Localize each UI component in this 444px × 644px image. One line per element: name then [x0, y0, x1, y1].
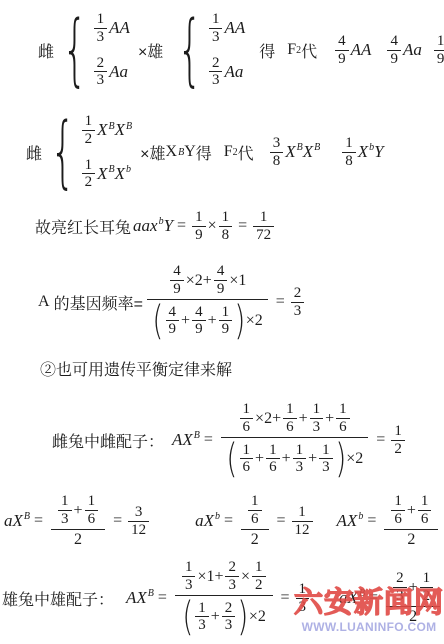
- female-label: 雌: [38, 39, 54, 62]
- cross-male-label: ×雄: [138, 39, 163, 62]
- operator: +: [181, 312, 190, 330]
- numerator: 16 + 16: [384, 492, 438, 529]
- formula-female-gametes: 雌兔中雌配子： AXB = 16 ×2+ 16 + 13 + 16 ( 16 +…: [52, 394, 407, 486]
- fraction: 23: [225, 559, 239, 594]
- fraction: 16: [248, 493, 262, 528]
- fraction: 16: [283, 401, 297, 436]
- fraction: 18: [219, 209, 233, 244]
- fraction: 49: [387, 33, 401, 68]
- watermark-url: WWW.LUANINFO.COM: [294, 620, 444, 634]
- genotype-line: 13 AA: [207, 11, 245, 46]
- fraction: 23: [222, 600, 236, 635]
- fraction: 12: [82, 157, 96, 192]
- fraction: 23: [291, 285, 305, 320]
- operator: +: [407, 502, 416, 520]
- equals-sign: =: [34, 512, 43, 530]
- formula-cross-xlinked: 雌 { 12 XBXB 12 XBXb ×雄XBY得 F2代 38 XBXB 1…: [26, 107, 385, 197]
- genotype: AA: [351, 40, 372, 60]
- big-fraction: 16 ×2+ 16 + 13 + 16 ( 16 + 16 + 13 + 13 …: [221, 400, 368, 480]
- left-paren-icon: (: [226, 439, 237, 479]
- genotype-line: 23 Aa: [92, 55, 130, 90]
- fraction: 16: [266, 442, 280, 477]
- genotype-line: 12 XBXb: [80, 157, 133, 192]
- equals-sign: =: [367, 512, 376, 530]
- fraction: 23: [94, 55, 108, 90]
- stacked-fraction: 13 + 16 2: [51, 492, 105, 550]
- frequency-label: 的基因频率=: [54, 291, 143, 314]
- result-term: 18 XbY: [340, 135, 384, 170]
- fraction: 38: [270, 135, 284, 170]
- female-gametes-label: 雌兔中雌配子：: [52, 429, 164, 452]
- denominator: 2: [246, 530, 264, 550]
- genotype: XBXB: [285, 142, 320, 162]
- denominator: ( 13 + 23 ) ×2: [177, 596, 271, 638]
- result-term: 19 aa: [432, 33, 444, 68]
- genotype-line: 13 AA: [92, 11, 130, 46]
- fraction: 12: [391, 423, 405, 458]
- big-fraction: 13 ×1+ 23 × 12 ( 13 + 23 ) ×2: [175, 558, 273, 638]
- left-brace-icon: {: [50, 113, 75, 191]
- gamete-symbol: aXB: [4, 511, 30, 531]
- gamete-formula: aXb = 16 2 = 112: [195, 492, 314, 550]
- fraction: 12: [82, 113, 96, 148]
- operator: +: [308, 450, 317, 468]
- numerator: 49 ×2+ 49 ×1: [163, 262, 251, 299]
- operator: +: [282, 450, 291, 468]
- left-paren-icon: (: [152, 301, 163, 341]
- operator: ×2+: [255, 410, 281, 428]
- gamete-symbol: AXB: [172, 430, 200, 450]
- fraction: 49: [166, 304, 180, 339]
- genotype: XBXB: [97, 120, 132, 140]
- right-paren-icon: ): [335, 439, 346, 479]
- fraction: 13: [209, 11, 223, 46]
- gamete-symbol: AXb: [337, 511, 364, 531]
- female-genotype-stack: 12 XBXB 12 XBXb: [80, 113, 133, 191]
- obtain-label: 得: [259, 39, 275, 62]
- watermark: 六安新闻网 WWW.LUANINFO.COM: [294, 588, 444, 634]
- result-term: 49 Aa: [385, 33, 421, 68]
- fraction: 13: [94, 11, 108, 46]
- result-term: 49 AA: [333, 33, 371, 68]
- genotype: XbY: [358, 142, 385, 162]
- fraction: 13: [195, 600, 209, 635]
- female-label: 雌: [26, 141, 42, 164]
- formula-gamete-row: aXB = 13 + 16 2 = 312 aXb = 16: [4, 484, 444, 558]
- operator: ×2: [249, 608, 266, 626]
- fraction: 172: [253, 209, 274, 244]
- allele-label: A: [38, 293, 50, 311]
- male-gametes-label: 雄兔中雄配子：: [2, 587, 114, 610]
- fraction: 19: [219, 304, 233, 339]
- left-paren-icon: (: [182, 597, 193, 637]
- left-brace-icon: {: [178, 11, 203, 89]
- operator: +: [208, 312, 217, 330]
- operator: +: [211, 608, 220, 626]
- fraction: 16: [240, 442, 254, 477]
- fraction: 16: [336, 401, 350, 436]
- equals-sign: =: [376, 431, 385, 449]
- result-term: 38 XBXB: [268, 135, 321, 170]
- denominator: 2: [69, 530, 87, 550]
- equals-sign: =: [158, 589, 167, 607]
- denominator: ( 49 + 49 + 19 ) ×2: [147, 300, 268, 342]
- equals-sign: =: [276, 293, 285, 311]
- operator: ×1+: [197, 568, 223, 586]
- operator: ×2+: [186, 272, 212, 290]
- fraction: 13: [310, 401, 324, 436]
- conclusion-label: 故亮红长耳兔: [35, 215, 131, 238]
- note-text: ②也可用遗传平衡定律来解: [40, 357, 232, 380]
- operator: +: [255, 450, 264, 468]
- equals-sign: =: [204, 431, 213, 449]
- numerator: 13 + 16: [51, 492, 105, 529]
- genotype: AA: [224, 18, 245, 38]
- cross-male-label: ×雄: [140, 141, 165, 164]
- fraction: 13: [293, 442, 307, 477]
- fraction: 19: [434, 33, 444, 68]
- gamete-symbol: aXb: [195, 511, 220, 531]
- genotype-line: 12 XBXB: [80, 113, 133, 148]
- fraction: 16: [85, 493, 99, 528]
- fraction: 49: [192, 304, 206, 339]
- fraction: 16: [391, 493, 405, 528]
- right-paren-icon: ): [238, 597, 249, 637]
- formula-cross-autosomal: 雌 { 13 AA 23 Aa ×雄 { 13 AA 23 Aa 得: [38, 6, 444, 94]
- fraction: 112: [292, 504, 313, 539]
- fraction: 12: [252, 559, 266, 594]
- right-paren-icon: ): [234, 301, 245, 341]
- equals-sign: =: [281, 589, 290, 607]
- fraction: 13: [319, 442, 333, 477]
- operator: ×: [241, 568, 250, 586]
- male-genotype-stack: 13 AA 23 Aa: [207, 11, 245, 89]
- left-brace-icon: {: [62, 11, 87, 89]
- stacked-fraction: 16 + 16 2: [384, 492, 438, 550]
- genotype: XBXb: [97, 164, 131, 184]
- genotype: Aa: [403, 40, 422, 60]
- operator: ×1: [229, 272, 246, 290]
- genotype: Aa: [224, 62, 243, 82]
- equals-sign: =: [113, 512, 122, 530]
- times-sign: ×: [208, 217, 217, 235]
- math-solution-page: 雌 { 13 AA 23 Aa ×雄 { 13 AA 23 Aa 得: [0, 0, 444, 644]
- big-fraction: 49 ×2+ 49 ×1 ( 49 + 49 + 19 ) ×2: [147, 262, 268, 342]
- numerator: 16: [241, 492, 269, 529]
- numerator: 13 ×1+ 23 × 12: [175, 558, 273, 595]
- operator: +: [299, 410, 308, 428]
- f2-generation: F2代: [224, 141, 254, 164]
- fraction: 13: [182, 559, 196, 594]
- formula-conclusion: 故亮红长耳兔 aaxbY = 19 × 18 = 172: [35, 201, 276, 251]
- female-genotype-stack: 13 AA 23 Aa: [92, 11, 130, 89]
- gamete-formula: AXb = 16 + 16 2 = 212: [337, 492, 444, 550]
- genotype: Aa: [109, 62, 128, 82]
- fraction: 16: [240, 401, 254, 436]
- equals-sign: =: [238, 217, 247, 235]
- genotype-expression: aaxbY: [133, 216, 173, 236]
- fraction: 13: [58, 493, 72, 528]
- gamete-formula: AXB = 13 ×1+ 23 × 12 ( 13 + 23 ) ×2: [126, 558, 311, 638]
- equals-sign: =: [177, 217, 186, 235]
- equals-sign: =: [224, 512, 233, 530]
- operator: +: [325, 410, 334, 428]
- genotype-line: 23 Aa: [207, 55, 245, 90]
- male-parent: ×雄XBY得: [140, 141, 212, 164]
- fraction: 16: [418, 493, 432, 528]
- operator: +: [74, 502, 83, 520]
- operator: ×2: [346, 450, 363, 468]
- f2-generation: F2代: [287, 39, 317, 62]
- fraction: 19: [192, 209, 206, 244]
- gamete-formula: aXB = 13 + 16 2 = 312: [4, 492, 151, 550]
- denominator: ( 16 + 16 + 13 + 13 ) ×2: [221, 438, 368, 480]
- gamete-symbol: AXB: [126, 588, 154, 608]
- fraction: 49: [214, 263, 228, 298]
- fraction: 49: [335, 33, 349, 68]
- operator: ×2: [246, 312, 263, 330]
- watermark-site-name: 六安新闻网: [294, 588, 444, 620]
- equals-sign: =: [277, 512, 286, 530]
- note-line: ②也可用遗传平衡定律来解: [40, 357, 232, 380]
- formula-gene-frequency: A 的基因频率= 49 ×2+ 49 ×1 ( 49 + 49 + 19 ) ×…: [38, 254, 306, 350]
- fraction: 23: [209, 55, 223, 90]
- fraction: 49: [170, 263, 184, 298]
- fraction: 18: [342, 135, 356, 170]
- stacked-fraction: 16 2: [241, 492, 269, 550]
- numerator: 16 ×2+ 16 + 13 + 16: [233, 400, 357, 437]
- obtain-label: 得: [196, 141, 212, 164]
- fraction: 312: [128, 504, 149, 539]
- genotype: AA: [109, 18, 130, 38]
- denominator: 2: [402, 530, 420, 550]
